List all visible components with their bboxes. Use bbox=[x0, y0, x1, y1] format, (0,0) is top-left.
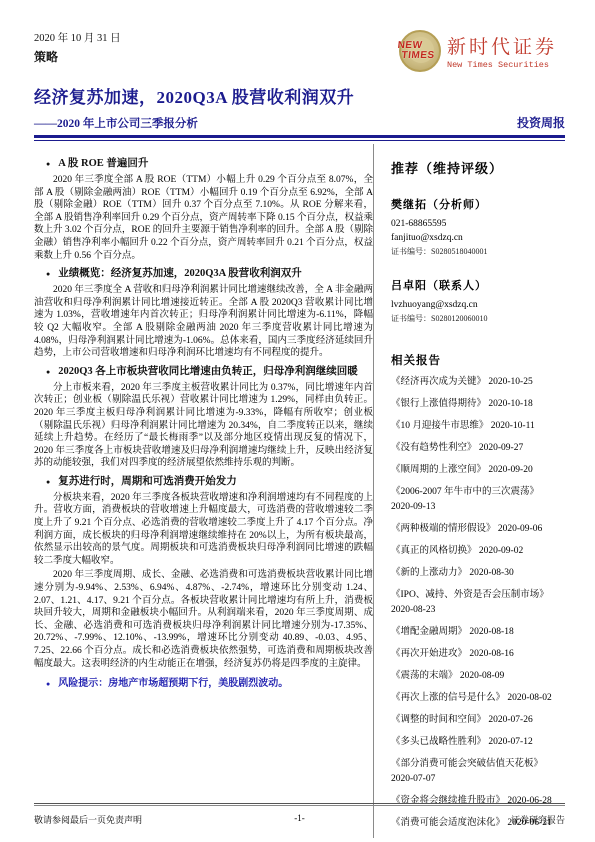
report-item: 《没有趋势性利空》 2020-09-27 bbox=[391, 441, 565, 456]
section-boards: ● 2020Q3 各上市板块营收同比增速由负转正，归母净利润继续回暖 分上市板来… bbox=[34, 365, 373, 470]
analyst-block: 樊继拓（分析师） 021-68865595 fanjituo@xsdzq.cn … bbox=[391, 196, 565, 258]
report-category: 策略 bbox=[34, 48, 121, 65]
report-item: 《真正的风格切换》 2020-09-02 bbox=[391, 544, 565, 559]
brand-emblem-icon: NEWTIMES bbox=[399, 30, 441, 72]
brand-name-cn: 新时代证券 bbox=[447, 32, 557, 59]
bullet-icon: ● bbox=[46, 475, 50, 489]
report-item: 《增配金融周期》 2020-08-18 bbox=[391, 625, 565, 640]
section-paragraph: 2020 年三季度全 A 营收和归母净利润累计同比增速继续改善，全 A 非金融两… bbox=[34, 284, 373, 360]
page-number: -1- bbox=[294, 813, 305, 826]
report-item: 《2006-2007 年牛市中的三次震荡》 2020-09-13 bbox=[391, 485, 565, 515]
analyst-phone: 021-68865595 bbox=[391, 217, 565, 231]
section-paragraph: 分上市板来看，2020 年三季度主板营收累计同比为 0.37%，同比增速年内首次… bbox=[34, 382, 373, 470]
section-heading-text: A 股 ROE 普遍回升 bbox=[58, 157, 148, 171]
section-heading: ● A 股 ROE 普遍回升 bbox=[46, 157, 373, 171]
report-item: 《调整的时间和空间》 2020-07-26 bbox=[391, 713, 565, 728]
section-heading: ● 业绩概览：经济复苏加速，2020Q3A 股营收利润双升 bbox=[46, 267, 373, 281]
header-rule-thick bbox=[34, 135, 565, 138]
footer-row: 敬请参阅最后一页免责声明 -1- 证券研究报告 bbox=[34, 813, 565, 826]
section-recovery: ● 复苏进行时，周期和可选消费开始发力 分板块来看，2020 年三季度各板块营收… bbox=[34, 475, 373, 670]
section-heading-text: 业绩概览：经济复苏加速，2020Q3A 股营收利润双升 bbox=[58, 267, 302, 281]
brand-name-en: New Times Securities bbox=[447, 60, 557, 70]
report-item: 《经济再次成为关键》 2020-10-25 bbox=[391, 375, 565, 390]
report-item: 《多头已战略性胜利》 2020-07-12 bbox=[391, 735, 565, 750]
section-roe: ● A 股 ROE 普遍回升 2020 年三季度全部 A 股 ROE（TTM）小… bbox=[34, 157, 373, 262]
bullet-icon: ● bbox=[46, 157, 50, 171]
brand-emblem-text: NEWTIMES bbox=[396, 41, 436, 61]
report-item: 《10 月迎接牛市思维》 2020-10-11 bbox=[391, 419, 565, 434]
footer-report-type: 证券研究报告 bbox=[305, 813, 565, 826]
header-left: 2020 年 10 月 31 日 策略 bbox=[34, 30, 121, 65]
risk-warning-text: 风险提示：房地产市场超预期下行，美股剧烈波动。 bbox=[58, 677, 288, 691]
section-paragraph: 2020 年三季度全部 A 股 ROE（TTM）小幅上升 0.29 个百分点至 … bbox=[34, 174, 373, 262]
analyst-block: 吕卓阳（联系人） lvzhuoyang@xsdzq.cn 证书编号：S02801… bbox=[391, 277, 565, 325]
bullet-icon: ● bbox=[46, 677, 50, 691]
brand-names: 新时代证券 New Times Securities bbox=[447, 32, 557, 70]
report-item: 《IPO、减持、外资是否会压制市场》 2020-08-23 bbox=[391, 588, 565, 618]
analyst-name: 樊继拓（分析师） bbox=[391, 196, 565, 212]
analyst-email: lvzhuoyang@xsdzq.cn bbox=[391, 298, 565, 312]
section-paragraph: 分板块来看，2020 年三季度各板块营收增速和净利润增速均有不同程度的上升。营收… bbox=[34, 492, 373, 568]
subtitle-row: ——2020 年上市公司三季报分析 投资周报 bbox=[34, 114, 565, 131]
related-reports-list: 《经济再次成为关键》 2020-10-25 《银行上涨值得期待》 2020-10… bbox=[391, 375, 565, 831]
footer-rule bbox=[34, 803, 565, 806]
analyst-cert: 证书编号：S0280518040001 bbox=[391, 245, 565, 258]
rating-label: 推荐（维持评级） bbox=[391, 158, 565, 177]
report-item: 《再次上涨的信号是什么》 2020-08-02 bbox=[391, 691, 565, 706]
brand-logo: NEWTIMES 新时代证券 New Times Securities bbox=[399, 30, 557, 72]
report-item: 《再次开始进攻》 2020-08-16 bbox=[391, 647, 565, 662]
section-heading-text: 复苏进行时，周期和可选消费开始发力 bbox=[58, 475, 237, 489]
page-title: 经济复苏加速，2020Q3A 股营收利润双升 bbox=[34, 83, 565, 108]
report-item: 《部分消费可能会突破估值天花板》 2020-07-07 bbox=[391, 757, 565, 787]
header: 2020 年 10 月 31 日 策略 NEWTIMES 新时代证券 New T… bbox=[34, 30, 565, 72]
analyst-cert: 证书编号：S0280120060010 bbox=[391, 312, 565, 325]
section-heading: ● 2020Q3 各上市板块营收同比增速由负转正，归母净利润继续回暖 bbox=[46, 365, 373, 379]
section-heading: ● 复苏进行时，周期和可选消费开始发力 bbox=[46, 475, 373, 489]
related-reports-title: 相关报告 bbox=[391, 352, 565, 368]
section-heading-text: 2020Q3 各上市板块营收同比增速由负转正，归母净利润继续回暖 bbox=[58, 365, 358, 379]
report-date: 2020 年 10 月 31 日 bbox=[34, 30, 121, 45]
report-item: 《新的上涨动力》 2020-08-30 bbox=[391, 566, 565, 581]
report-item: 《两种极端的情形假设》 2020-09-06 bbox=[391, 522, 565, 537]
content: ● A 股 ROE 普遍回升 2020 年三季度全部 A 股 ROE（TTM）小… bbox=[34, 144, 565, 838]
bullet-icon: ● bbox=[46, 267, 50, 281]
footer: 敬请参阅最后一页免责声明 -1- 证券研究报告 bbox=[34, 803, 565, 826]
main-column: ● A 股 ROE 普遍回升 2020 年三季度全部 A 股 ROE（TTM）小… bbox=[34, 144, 373, 838]
section-overview: ● 业绩概览：经济复苏加速，2020Q3A 股营收利润双升 2020 年三季度全… bbox=[34, 267, 373, 360]
header-rule-thin bbox=[34, 140, 565, 141]
report-item: 《银行上涨值得期待》 2020-10-18 bbox=[391, 397, 565, 412]
report-item: 《顺周期的上涨空间》 2020-09-20 bbox=[391, 463, 565, 478]
section-paragraph: 2020 年三季度周期、成长、金融、必选消费和可选消费板块营收累计同比增速分别为… bbox=[34, 569, 373, 670]
report-item: 《震荡的末端》 2020-08-09 bbox=[391, 669, 565, 684]
footer-disclaimer: 敬请参阅最后一页免责声明 bbox=[34, 813, 294, 826]
report-page: 2020 年 10 月 31 日 策略 NEWTIMES 新时代证券 New T… bbox=[0, 0, 595, 842]
analyst-email: fanjituo@xsdzq.cn bbox=[391, 231, 565, 245]
sidebar: 推荐（维持评级） 樊继拓（分析师） 021-68865595 fanjituo@… bbox=[374, 144, 565, 838]
bullet-icon: ● bbox=[46, 365, 50, 379]
page-subtitle: ——2020 年上市公司三季报分析 bbox=[34, 115, 198, 131]
report-type-label: 投资周报 bbox=[517, 114, 565, 131]
analyst-name: 吕卓阳（联系人） bbox=[391, 277, 565, 293]
risk-warning: ● 风险提示：房地产市场超预期下行，美股剧烈波动。 bbox=[46, 677, 373, 691]
